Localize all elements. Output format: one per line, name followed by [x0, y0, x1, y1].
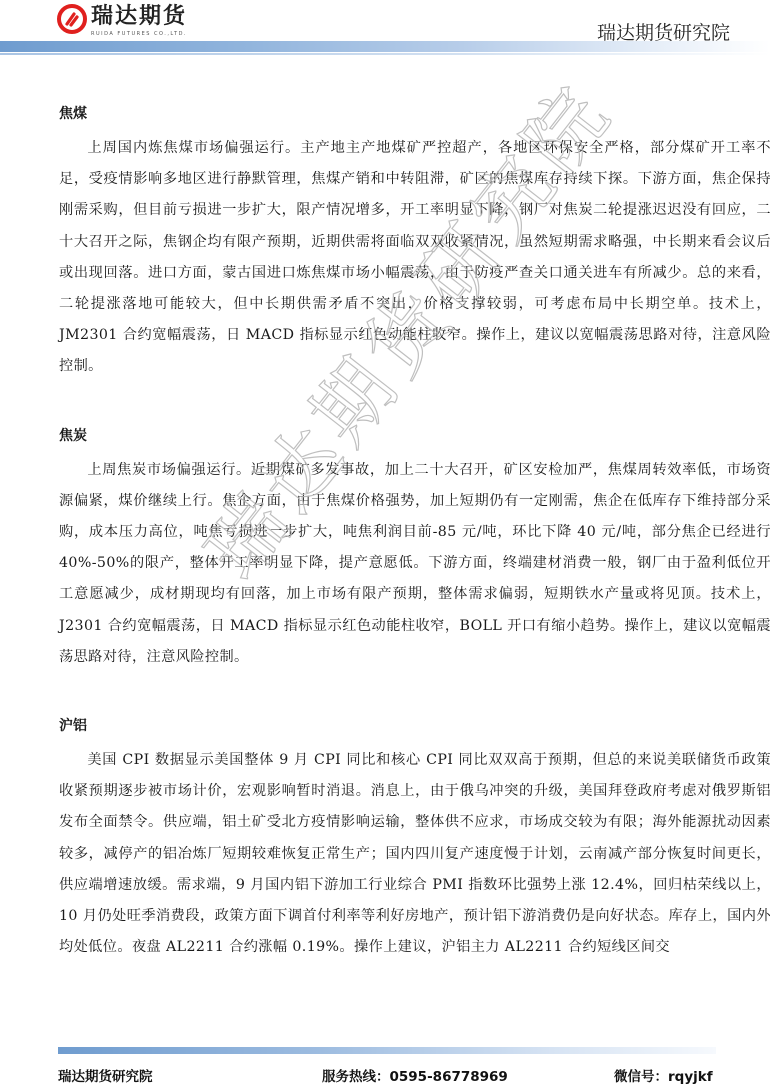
ruida-logo-icon	[57, 4, 87, 34]
section-aluminum: 沪铝 美国 CPI 数据显示美国整体 9 月 CPI 同比和核心 CPI 同比双…	[59, 712, 770, 963]
page-footer: 瑞达期货研究院 服务热线：0595-86778969 微信号：rqyjkf	[58, 1065, 718, 1085]
section-paragraph: 上周焦炭市场偏强运行。近期煤矿多发事故，加上二十大召开，矿区安检加严，焦煤周转效…	[59, 455, 770, 673]
footer-org: 瑞达期货研究院	[58, 1065, 153, 1085]
section-coking-coal: 焦煤 上周国内炼焦煤市场偏强运行。主产地主产地煤矿严控超产，各地区环保安全严格，…	[59, 100, 770, 383]
section-coke: 焦炭 上周焦炭市场偏强运行。近期煤矿多发事故，加上二十大召开，矿区安检加严，焦煤…	[59, 422, 770, 673]
company-logo: 瑞达期货 RUIDA FUTURES CO.,LTD.	[57, 4, 187, 37]
section-title: 焦炭	[59, 422, 770, 450]
header-gradient-band	[0, 41, 770, 52]
footer-gradient-band	[58, 1047, 716, 1054]
logo-chinese-name: 瑞达期货	[91, 4, 187, 30]
section-title: 焦煤	[59, 100, 770, 128]
footer-hotline: 服务热线：0595-86778969	[322, 1065, 508, 1085]
section-paragraph: 上周国内炼焦煤市场偏强运行。主产地主产地煤矿严控超产，各地区环保安全严格，部分煤…	[59, 133, 770, 383]
page-header: 瑞达期货 RUIDA FUTURES CO.,LTD. 瑞达期货研究院	[0, 0, 770, 60]
footer-wechat: 微信号：rqyjkf	[614, 1065, 713, 1085]
section-paragraph: 美国 CPI 数据显示美国整体 9 月 CPI 同比和核心 CPI 同比双双高于…	[59, 745, 770, 963]
section-title: 沪铝	[59, 712, 770, 740]
header-divider	[0, 53, 770, 55]
report-body: 焦煤 上周国内炼焦煤市场偏强运行。主产地主产地煤矿严控超产，各地区环保安全严格，…	[59, 100, 770, 963]
logo-english-name: RUIDA FUTURES CO.,LTD.	[91, 31, 187, 37]
